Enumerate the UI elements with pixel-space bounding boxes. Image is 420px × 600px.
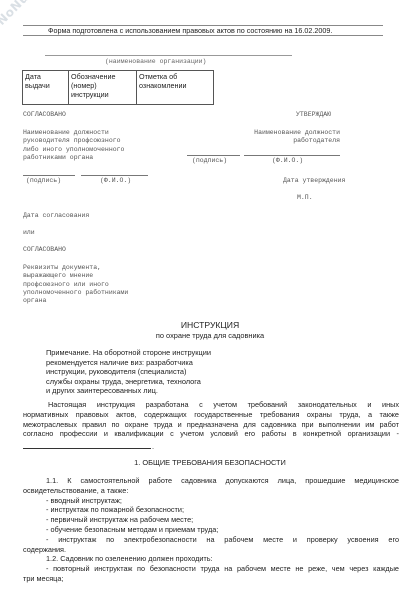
approve-date-label: Дата утверждения xyxy=(283,177,345,184)
text-line: 1.1. К самостоятельной работе садовника … xyxy=(23,476,399,486)
text-line: Реквизиты документа, xyxy=(23,264,128,272)
text-line: Настоящая инструкция разработана с учето… xyxy=(23,400,399,410)
org-caption: (наименование организации) xyxy=(105,58,206,65)
text-line: рекомендуется наличие виз: разработчика xyxy=(46,358,211,368)
agreed-signature-label: (подпись) xyxy=(26,177,61,184)
text-line: Наименование должности xyxy=(23,129,124,137)
agreed-name-label: (Ф.И.О.) xyxy=(100,177,131,184)
document-subtitle: по охране труда для садовника xyxy=(0,331,420,340)
text-line: освидетельствование, а также: xyxy=(23,486,399,496)
text-line: работодателя xyxy=(254,137,340,145)
banner-text: Форма подготовлена с использованием прав… xyxy=(48,26,332,35)
header-text: (номер) xyxy=(71,81,134,90)
watermark: NoNumber.ru xyxy=(0,0,71,28)
or-label: или xyxy=(23,229,35,236)
approve-position: Наименование должности работодателя xyxy=(254,129,340,146)
approve-title: УТВЕРЖДАЮ xyxy=(296,111,331,118)
list-item: - инструктаж по электробезопасности на р… xyxy=(23,535,399,545)
text-line: Примечание. На оборотной стороне инструк… xyxy=(46,348,211,358)
agreed-signature-line xyxy=(23,175,75,176)
header-acknowledgement: Отметка об ознакомлении xyxy=(137,71,214,105)
text-line: профсоюзного или иного xyxy=(23,281,128,289)
approve-signature-label: (подпись) xyxy=(192,157,227,164)
header-text: Отметка об xyxy=(139,72,211,81)
text-line: и других заинтересованных лиц. xyxy=(46,386,211,396)
organization-blank-line xyxy=(23,448,151,449)
document-title: ИНСТРУКЦИЯ xyxy=(0,320,420,330)
approve-signature-line xyxy=(187,155,240,156)
text-line: три месяца; xyxy=(23,574,399,584)
stamp-label: М.П. xyxy=(297,194,313,201)
text-line: органа xyxy=(23,297,128,305)
header-text: Дата xyxy=(25,72,66,81)
section-1-content: 1.1. К самостоятельной работе садовника … xyxy=(23,476,399,584)
issue-table: Дата выдачи Обозначение (номер) инструкц… xyxy=(22,70,214,105)
intro-end: . xyxy=(152,442,154,451)
approve-name-label: (Ф.И.О.) xyxy=(272,157,303,164)
header-text: ознакомлении xyxy=(139,81,211,90)
text-line: уполномоченного работниками xyxy=(23,289,128,297)
header-text: Обозначение xyxy=(71,72,134,81)
text-line: инструкции, руководителя (специалиста) xyxy=(46,367,211,377)
text-line: выражающего мнение xyxy=(23,272,128,280)
text-line: службы охраны труда, энергетика, техноло… xyxy=(46,377,211,387)
text-line: 1.2. Садовник по озеленению должен прохо… xyxy=(23,554,399,564)
text-line: работниками органа xyxy=(23,154,124,162)
text-line: нормативных правовых актов, содержащих г… xyxy=(23,410,399,420)
list-item: - повторный инструктаж по безопасности т… xyxy=(23,564,399,574)
org-name-line xyxy=(45,55,292,56)
text-line: межотраслевых правил по охране труда и п… xyxy=(23,420,399,430)
list-item: - вводный инструктаж; xyxy=(23,496,399,506)
text-line: руководителя профсоюзного xyxy=(23,137,124,145)
list-item: - первичный инструктаж на рабочем месте; xyxy=(23,515,399,525)
section-1-title: 1. ОБЩИЕ ТРЕБОВАНИЯ БЕЗОПАСНОСТИ xyxy=(0,458,420,467)
agreed-date-label: Дата согласования xyxy=(23,212,89,219)
table-row: Дата выдачи Обозначение (номер) инструкц… xyxy=(23,71,214,105)
list-item: - инструктаж по пожарной безопасности; xyxy=(23,505,399,515)
header-text: инструкции xyxy=(71,90,134,99)
header-instruction-number: Обозначение (номер) инструкции xyxy=(69,71,137,105)
header-text: выдачи xyxy=(25,81,66,90)
list-item: - обучение безопасным методам и приемам … xyxy=(23,525,399,535)
alt-agreed-title: СОГЛАСОВАНО xyxy=(23,246,66,253)
agreed-name-line xyxy=(81,175,148,176)
alt-agreed-requisites: Реквизиты документа, выражающего мнение … xyxy=(23,264,128,305)
note-block: Примечание. На оборотной стороне инструк… xyxy=(46,348,211,396)
text-line: либо иного уполномоченного xyxy=(23,146,124,154)
approve-name-line xyxy=(244,155,340,156)
text-line: согласно профессии и квалификации с учет… xyxy=(23,429,399,439)
form-banner: Форма подготовлена с использованием прав… xyxy=(23,25,383,36)
agreed-title: СОГЛАСОВАНО xyxy=(23,111,66,118)
intro-paragraph: Настоящая инструкция разработана с учето… xyxy=(23,400,399,439)
text-line: содержания. xyxy=(23,545,399,555)
header-date-issued: Дата выдачи xyxy=(23,71,69,105)
agreed-position: Наименование должности руководителя проф… xyxy=(23,129,124,162)
